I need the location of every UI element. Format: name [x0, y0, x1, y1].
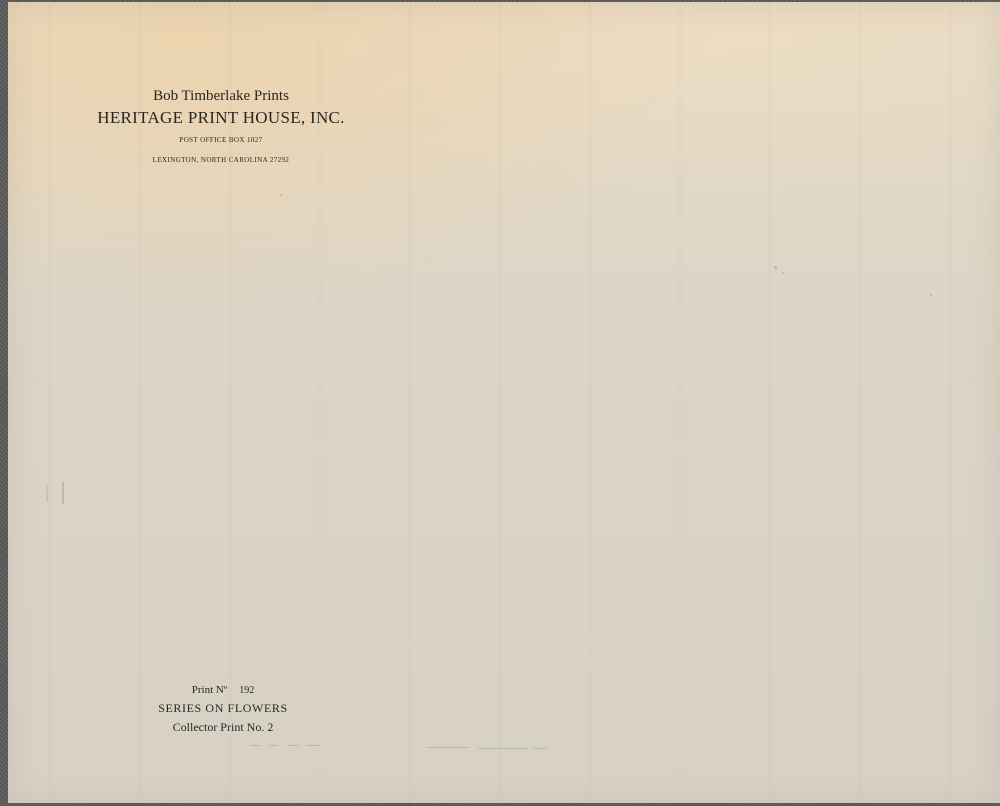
faint-dash-mark: [270, 745, 278, 746]
faint-dash-mark: [288, 745, 298, 746]
publisher-name: Bob Timberlake Prints: [96, 86, 346, 106]
paper-sheet: Bob Timberlake Prints HERITAGE PRINT HOU…: [8, 2, 1000, 803]
speck-mark: [280, 194, 282, 196]
letterhead: Bob Timberlake Prints HERITAGE PRINT HOU…: [96, 86, 346, 166]
smudge-mark: [62, 482, 64, 504]
series-title: SERIES ON FLOWERS: [148, 699, 298, 718]
city-state: LEXINGTON, NORTH CAROLINA 27292: [96, 154, 346, 166]
faint-dash-mark: [306, 745, 320, 746]
speck-mark: [782, 272, 784, 274]
collector-print-number: Collector Print No. 2: [148, 718, 298, 736]
print-number: 192: [239, 685, 254, 696]
print-colophon: Print Nº192 SERIES ON FLOWERS Collector …: [148, 682, 298, 736]
smudge-mark: [46, 484, 48, 502]
print-number-label: Print Nº: [192, 684, 228, 696]
speck-mark: [774, 266, 777, 269]
faint-dash-mark: [478, 748, 528, 749]
company-name: HERITAGE PRINT HOUSE, INC.: [96, 106, 346, 130]
faint-dash-mark: [428, 747, 468, 748]
print-number-line: Print Nº192: [148, 682, 298, 699]
po-box: POST OFFICE BOX 1027: [96, 134, 346, 146]
faint-dash-mark: [250, 745, 260, 746]
faint-dash-mark: [533, 748, 547, 749]
speck-mark: [930, 294, 932, 296]
